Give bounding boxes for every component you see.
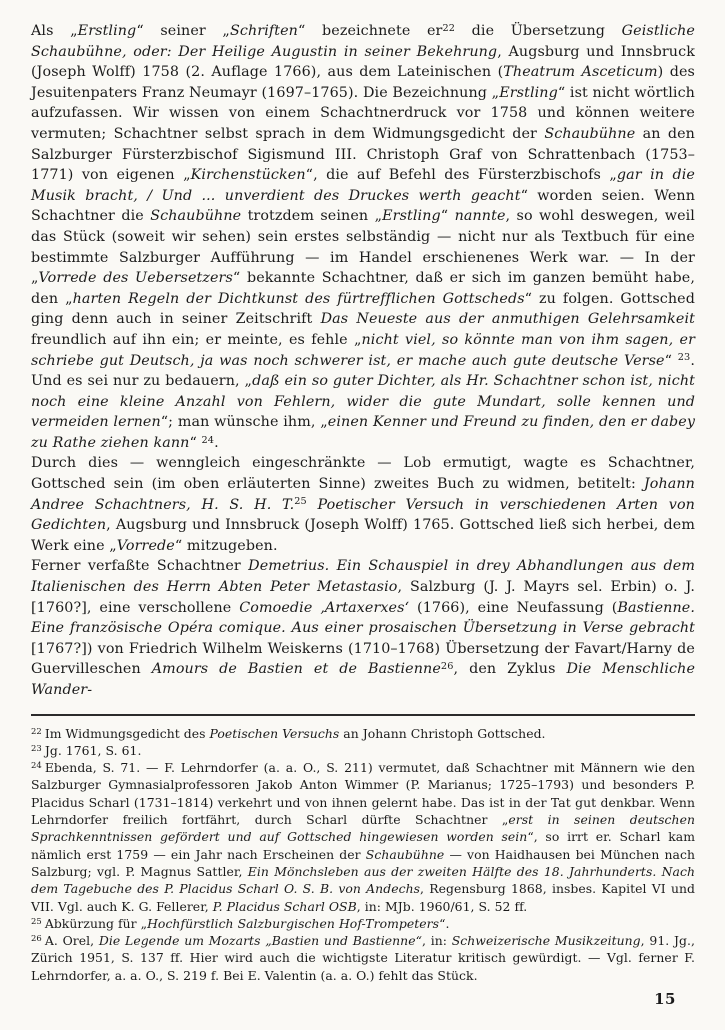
footnote-number: 26 <box>31 933 42 943</box>
footnote-24: 24Ebenda, S. 71. — F. Lehrndorfer (a. a.… <box>31 759 695 915</box>
paragraph-1: Als „Erstling“ seiner „Schriften“ bezeic… <box>31 21 695 453</box>
footnote-text: Abkürzung für „Hochfürstlich Salzburgisc… <box>45 916 450 931</box>
footnote-22: 22Im Widmungsgedicht des Poetischen Vers… <box>31 725 695 742</box>
footnote-number: 22 <box>31 726 42 736</box>
footnote-number: 23 <box>31 743 42 753</box>
footnotes-section: 22Im Widmungsgedicht des Poetischen Vers… <box>31 725 695 984</box>
footnote-divider <box>31 714 695 716</box>
footnote-23: 23Jg. 1761, S. 61. <box>31 742 695 759</box>
footnote-number: 25 <box>31 916 42 926</box>
book-page: Als „Erstling“ seiner „Schriften“ bezeic… <box>0 0 725 1030</box>
paragraph-2: Durch dies — wenngleich eingeschränkte —… <box>31 453 695 556</box>
paragraph-3: Ferner verfaßte Schachtner Demetrius. Ei… <box>31 556 695 700</box>
footnote-number: 24 <box>31 760 42 770</box>
main-text: Als „Erstling“ seiner „Schriften“ bezeic… <box>31 21 695 701</box>
footnote-text: Im Widmungsgedicht des Poetischen Versuc… <box>45 726 546 741</box>
footnote-text: Ebenda, S. 71. — F. Lehrndorfer (a. a. O… <box>31 760 695 913</box>
footnote-text: Jg. 1761, S. 61. <box>45 743 142 758</box>
footnote-25: 25Abkürzung für „Hochfürstlich Salzburgi… <box>31 915 695 932</box>
footnote-text: A. Orel, Die Legende um Mozarts „Bastien… <box>31 933 695 983</box>
footnote-26: 26A. Orel, Die Legende um Mozarts „Basti… <box>31 932 695 984</box>
page-number: 15 <box>654 990 676 1008</box>
